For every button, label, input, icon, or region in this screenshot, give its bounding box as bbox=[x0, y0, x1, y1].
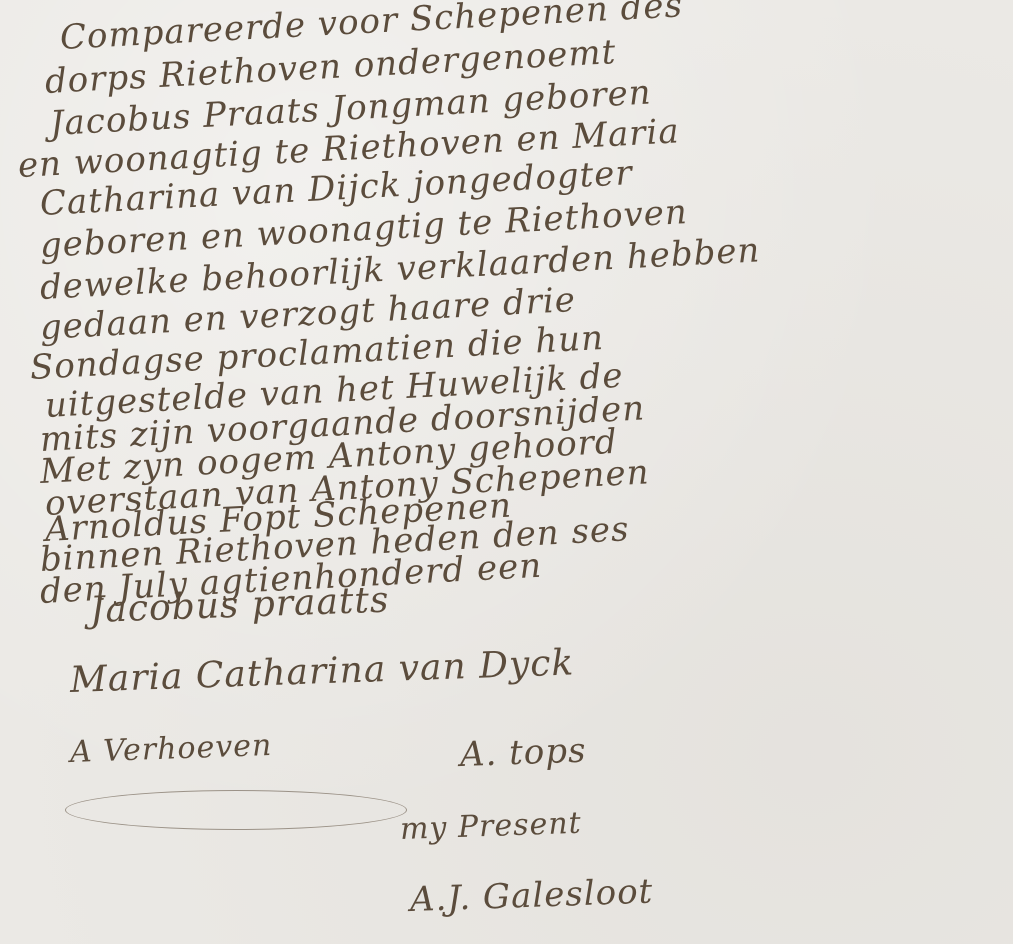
signature-clerk: A.J. Galesloot bbox=[409, 872, 654, 920]
document-page: Compareerde voor Schepenen des dorps Rie… bbox=[0, 0, 1013, 944]
signature-bride: Maria Catharina van Dyck bbox=[69, 642, 575, 701]
signature-clerk-note: my Present bbox=[399, 806, 582, 847]
signature-witness-1: A Verhoeven bbox=[69, 728, 272, 770]
signature-witness-2: A. tops bbox=[459, 731, 587, 775]
signature-flourish bbox=[65, 790, 407, 830]
